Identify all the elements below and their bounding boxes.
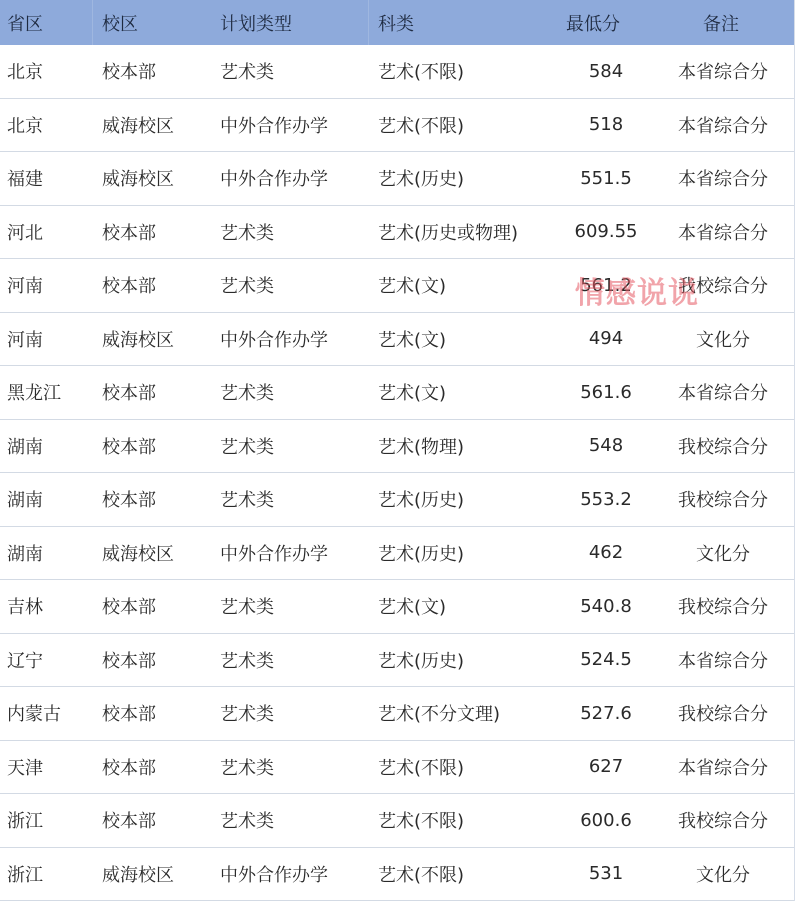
cell-subject: 艺术(历史)	[378, 486, 464, 512]
cell-campus: 校本部	[102, 219, 156, 245]
table-row: 浙江威海校区中外合作办学艺术(不限)531文化分	[0, 848, 794, 902]
cell-province: 湖南	[7, 540, 43, 566]
cell-province: 浙江	[7, 861, 43, 887]
table-header: 省区 校区 计划类型 科类 最低分 备注	[0, 0, 794, 45]
cell-note: 本省综合分	[663, 379, 783, 405]
cell-note: 我校综合分	[663, 593, 783, 619]
table-row: 福建威海校区中外合作办学艺术(历史)551.5本省综合分	[0, 152, 794, 206]
table-row: 北京校本部艺术类艺术(不限)584本省综合分	[0, 45, 794, 99]
cell-subject: 艺术(历史)	[378, 540, 464, 566]
cell-campus: 威海校区	[102, 112, 174, 138]
cell-province: 天津	[7, 754, 43, 780]
cell-subject: 艺术(不限)	[378, 58, 464, 84]
cell-min-score: 518	[546, 114, 666, 135]
cell-plan-type: 艺术类	[220, 433, 274, 459]
cell-province: 辽宁	[7, 647, 43, 673]
cell-note: 本省综合分	[663, 58, 783, 84]
cell-plan-type: 艺术类	[220, 593, 274, 619]
cell-plan-type: 中外合作办学	[220, 112, 328, 138]
table-row: 河南校本部艺术类艺术(文)561.2我校综合分	[0, 259, 794, 313]
cell-campus: 校本部	[102, 593, 156, 619]
cell-subject: 艺术(不限)	[378, 861, 464, 887]
cell-min-score: 531	[546, 863, 666, 884]
cell-campus: 校本部	[102, 754, 156, 780]
cell-plan-type: 艺术类	[220, 58, 274, 84]
cell-plan-type: 中外合作办学	[220, 165, 328, 191]
cell-province: 河南	[7, 272, 43, 298]
cell-province: 北京	[7, 112, 43, 138]
cell-campus: 校本部	[102, 807, 156, 833]
cell-subject: 艺术(文)	[378, 326, 446, 352]
cell-plan-type: 中外合作办学	[220, 861, 328, 887]
cell-note: 本省综合分	[663, 219, 783, 245]
table-row: 湖南校本部艺术类艺术(物理)548我校综合分	[0, 420, 794, 474]
cell-note: 我校综合分	[663, 807, 783, 833]
cell-plan-type: 艺术类	[220, 647, 274, 673]
cell-plan-type: 艺术类	[220, 754, 274, 780]
cell-province: 河南	[7, 326, 43, 352]
header-subject: 科类	[378, 10, 414, 36]
cell-plan-type: 艺术类	[220, 272, 274, 298]
cell-subject: 艺术(文)	[378, 593, 446, 619]
cell-subject: 艺术(不限)	[378, 112, 464, 138]
cell-note: 我校综合分	[663, 433, 783, 459]
table-row: 湖南威海校区中外合作办学艺术(历史)462文化分	[0, 527, 794, 581]
cell-subject: 艺术(不分文理)	[378, 700, 500, 726]
cell-campus: 校本部	[102, 379, 156, 405]
cell-plan-type: 中外合作办学	[220, 540, 328, 566]
cell-province: 北京	[7, 58, 43, 84]
table-row: 河北校本部艺术类艺术(历史或物理)609.55本省综合分	[0, 206, 794, 260]
header-divider	[368, 0, 369, 45]
cell-province: 内蒙古	[7, 700, 61, 726]
cell-plan-type: 艺术类	[220, 700, 274, 726]
cell-province: 浙江	[7, 807, 43, 833]
cell-campus: 校本部	[102, 486, 156, 512]
table-row: 内蒙古校本部艺术类艺术(不分文理)527.6我校综合分	[0, 687, 794, 741]
header-plan-type: 计划类型	[220, 10, 292, 36]
cell-note: 本省综合分	[663, 165, 783, 191]
cell-note: 我校综合分	[663, 272, 783, 298]
cell-subject: 艺术(不限)	[378, 754, 464, 780]
cell-min-score: 600.6	[546, 810, 666, 831]
cell-campus: 威海校区	[102, 540, 174, 566]
cell-note: 文化分	[663, 326, 783, 352]
table-row: 湖南校本部艺术类艺术(历史)553.2我校综合分	[0, 473, 794, 527]
cell-subject: 艺术(历史)	[378, 165, 464, 191]
cell-province: 河北	[7, 219, 43, 245]
header-province: 省区	[7, 10, 43, 36]
cell-note: 本省综合分	[663, 112, 783, 138]
cell-plan-type: 艺术类	[220, 219, 274, 245]
header-campus: 校区	[102, 10, 138, 36]
cell-min-score: 540.8	[546, 596, 666, 617]
cell-min-score: 524.5	[546, 649, 666, 670]
cell-campus: 校本部	[102, 433, 156, 459]
cell-province: 湖南	[7, 433, 43, 459]
cell-note: 文化分	[663, 540, 783, 566]
table-row: 辽宁校本部艺术类艺术(历史)524.5本省综合分	[0, 634, 794, 688]
cell-min-score: 627	[546, 756, 666, 777]
cell-province: 福建	[7, 165, 43, 191]
cell-plan-type: 中外合作办学	[220, 326, 328, 352]
header-divider	[92, 0, 93, 45]
cell-min-score: 551.5	[546, 168, 666, 189]
cell-note: 我校综合分	[663, 486, 783, 512]
cell-plan-type: 艺术类	[220, 486, 274, 512]
cell-note: 文化分	[663, 861, 783, 887]
table-body: 北京校本部艺术类艺术(不限)584本省综合分北京威海校区中外合作办学艺术(不限)…	[0, 45, 794, 901]
cell-note: 我校综合分	[663, 700, 783, 726]
cell-campus: 威海校区	[102, 165, 174, 191]
cell-subject: 艺术(文)	[378, 379, 446, 405]
table-row: 黑龙江校本部艺术类艺术(文)561.6本省综合分	[0, 366, 794, 420]
cell-min-score: 527.6	[546, 703, 666, 724]
cell-note: 本省综合分	[663, 754, 783, 780]
table-row: 北京威海校区中外合作办学艺术(不限)518本省综合分	[0, 99, 794, 153]
header-min-score: 最低分	[566, 10, 620, 36]
cell-min-score: 561.6	[546, 382, 666, 403]
cell-campus: 校本部	[102, 272, 156, 298]
cell-min-score: 553.2	[546, 489, 666, 510]
cell-min-score: 561.2	[546, 275, 666, 296]
cell-plan-type: 艺术类	[220, 379, 274, 405]
cell-subject: 艺术(历史或物理)	[378, 219, 518, 245]
cell-note: 本省综合分	[663, 647, 783, 673]
cell-campus: 威海校区	[102, 326, 174, 352]
cell-campus: 校本部	[102, 58, 156, 84]
cell-campus: 校本部	[102, 700, 156, 726]
cell-province: 吉林	[7, 593, 43, 619]
cell-min-score: 494	[546, 328, 666, 349]
cell-min-score: 462	[546, 542, 666, 563]
cell-subject: 艺术(文)	[378, 272, 446, 298]
cell-subject: 艺术(物理)	[378, 433, 464, 459]
cell-campus: 威海校区	[102, 861, 174, 887]
cell-campus: 校本部	[102, 647, 156, 673]
header-note: 备注	[703, 10, 739, 36]
cell-min-score: 548	[546, 435, 666, 456]
table-row: 吉林校本部艺术类艺术(文)540.8我校综合分	[0, 580, 794, 634]
cell-min-score: 609.55	[546, 221, 666, 242]
cell-subject: 艺术(不限)	[378, 807, 464, 833]
cell-province: 湖南	[7, 486, 43, 512]
admission-score-table: 省区 校区 计划类型 科类 最低分 备注 北京校本部艺术类艺术(不限)584本省…	[0, 0, 795, 901]
cell-subject: 艺术(历史)	[378, 647, 464, 673]
table-row: 河南威海校区中外合作办学艺术(文)494文化分	[0, 313, 794, 367]
cell-province: 黑龙江	[7, 379, 61, 405]
table-row: 浙江校本部艺术类艺术(不限)600.6我校综合分	[0, 794, 794, 848]
cell-plan-type: 艺术类	[220, 807, 274, 833]
cell-min-score: 584	[546, 61, 666, 82]
table-row: 天津校本部艺术类艺术(不限)627本省综合分	[0, 741, 794, 795]
